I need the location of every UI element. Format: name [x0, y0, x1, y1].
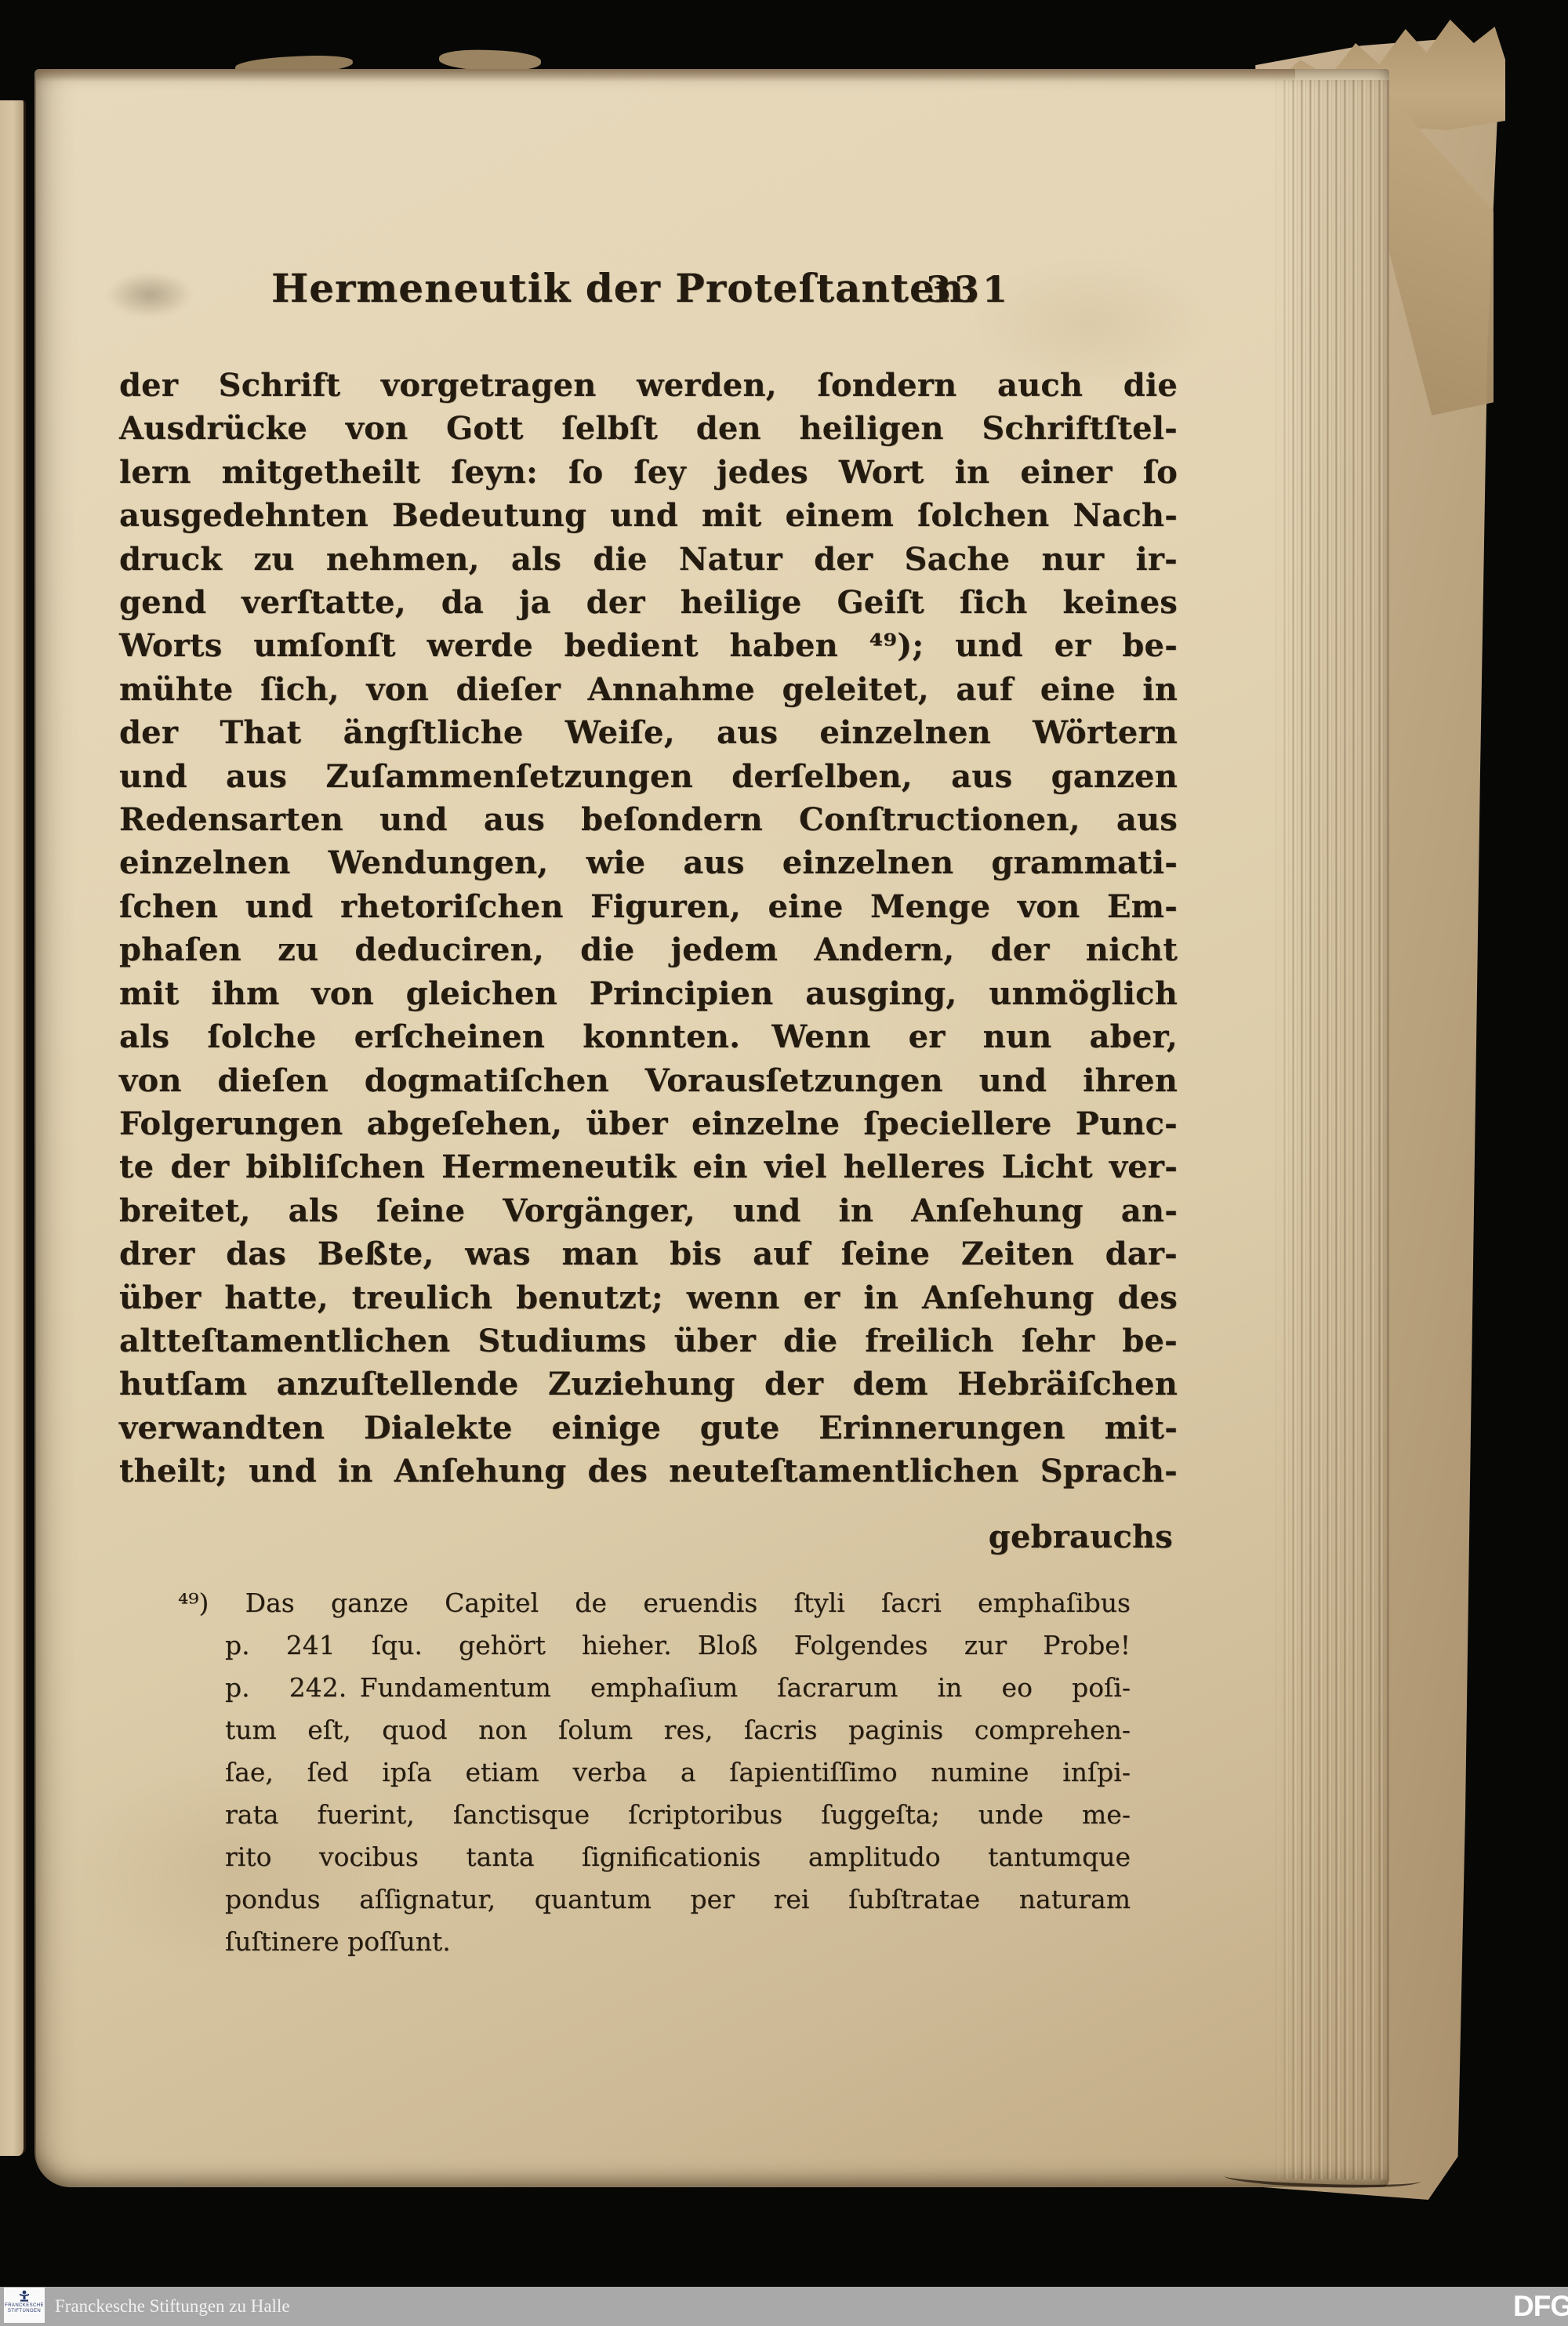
body-text: der Schrift vorgetragen werden, ſondern …	[119, 364, 1178, 1559]
book-page: Hermeneutik der Proteſtanten. 331 der Sc…	[34, 69, 1389, 2187]
page-number: 331	[926, 268, 1011, 310]
text-line: rito vocibus tanta ſignificationis ampli…	[225, 1836, 1131, 1878]
text-line: ſuſtinere poſſunt.	[225, 1921, 1131, 1963]
catchword: gebrauchs	[119, 1515, 1178, 1559]
text-line: mit ihm von gleichen Principien ausging,…	[119, 972, 1178, 1015]
text-line: pondus aſſignatur, quantum per rei ſubſt…	[225, 1878, 1131, 1921]
text-line: tum eſt, quod non ſolum res, ſacris pagi…	[225, 1709, 1131, 1751]
text-line: verwandten Dialekte einige gute Erinneru…	[119, 1406, 1178, 1450]
viewer-footer-bar: FRANCKESCHE STIFTUNGEN Franckesche Stift…	[0, 2287, 1568, 2326]
franckesche-logo: FRANCKESCHE STIFTUNGEN	[4, 2288, 45, 2323]
institution-label: Franckesche Stiftungen zu Halle	[55, 2287, 290, 2326]
text-line: ſae, ſed ipſa etiam verba a ſapientiſſim…	[225, 1751, 1131, 1794]
running-title: Hermeneutik der Proteſtanten.	[271, 265, 979, 311]
page-top-edge-shadow	[36, 69, 1295, 82]
text-line: Folgerungen abgeſehen, über einzelne ſpe…	[119, 1102, 1178, 1145]
text-line: lern mitgetheilt ſeyn: ſo ſey jedes Wort…	[119, 451, 1178, 494]
text-line: der Schrift vorgetragen werden, ſondern …	[119, 364, 1178, 407]
franckesche-logo-caption-2: STIFTUNGEN	[4, 2309, 45, 2314]
text-line: te der bibliſchen Hermeneutik ein viel h…	[119, 1145, 1178, 1188]
text-line: einzelnen Wendungen, wie aus einzelnen g…	[119, 841, 1178, 884]
text-line: hutſam anzuſtellende Zuziehung der dem H…	[119, 1363, 1178, 1406]
body-lines: der Schrift vorgetragen werden, ſondern …	[119, 364, 1178, 1493]
text-line: ausgedehnten Bedeutung und mit einem ſol…	[119, 494, 1178, 537]
text-line: rata fuerint, ſanctisque ſcriptoribus ſu…	[225, 1794, 1131, 1836]
text-line: druck zu nehmen, als die Natur der Sache…	[119, 538, 1178, 581]
text-line: der That ängſtliche Weiſe, aus einzelnen…	[119, 711, 1178, 754]
fore-edge-stripes	[1272, 80, 1389, 2179]
text-line: p. 242. Fundamentum emphaſium ſacrarum i…	[225, 1667, 1131, 1709]
text-line: theilt; und in Anſehung des neuteſtament…	[119, 1450, 1178, 1493]
text-line: und aus Zuſammenſetzungen derſelben, aus…	[119, 755, 1178, 798]
text-line: altteſtamentlichen Studiums über die fre…	[119, 1319, 1178, 1363]
text-line: p. 241 ſqu. gehört hieher. Bloß Folgende…	[225, 1624, 1131, 1667]
text-line: als ſolche erſcheinen konnten. Wenn er n…	[119, 1015, 1178, 1058]
text-line: phaſen zu deduciren, die jedem Andern, d…	[119, 928, 1178, 971]
text-line: breitet, als ſeine Vorgänger, und in Anſ…	[119, 1189, 1178, 1232]
franckesche-logo-icon	[16, 2290, 32, 2302]
dfg-logo: DFG	[1513, 2287, 1568, 2326]
opposite-page-sliver	[0, 100, 26, 2156]
book-scan: Hermeneutik der Proteſtanten. 331 der Sc…	[0, 0, 1568, 2326]
text-line: mühte ſich, von dieſer Annahme geleitet,…	[119, 668, 1178, 711]
footnote: ⁴⁹) Das ganze Capitel de eruendis ſtyli …	[178, 1582, 1131, 1963]
page-header: Hermeneutik der Proteſtanten. 331	[36, 265, 1389, 320]
text-line: ſchen und rhetoriſchen Figuren, eine Men…	[119, 885, 1178, 928]
text-line: Ausdrücke von Gott ſelbſt den heiligen S…	[119, 407, 1178, 450]
text-line: Worts umſonſt werde bedient haben ⁴⁹); u…	[119, 624, 1178, 667]
text-line: drer das Beßte, was man bis auf ſeine Ze…	[119, 1232, 1178, 1275]
text-line: von dieſen dogmatiſchen Vorausſetzungen …	[119, 1059, 1178, 1102]
text-line: gend verſtatte, da ja der heilige Geiſt …	[119, 581, 1178, 624]
text-line: Redensarten und aus beſondern Conſtructi…	[119, 798, 1178, 841]
text-line: über hatte, treulich benutzt; wenn er in…	[119, 1276, 1178, 1319]
text-line: ⁴⁹) Das ganze Capitel de eruendis ſtyli …	[225, 1582, 1131, 1624]
franckesche-logo-caption-1: FRANCKESCHE	[4, 2303, 45, 2309]
